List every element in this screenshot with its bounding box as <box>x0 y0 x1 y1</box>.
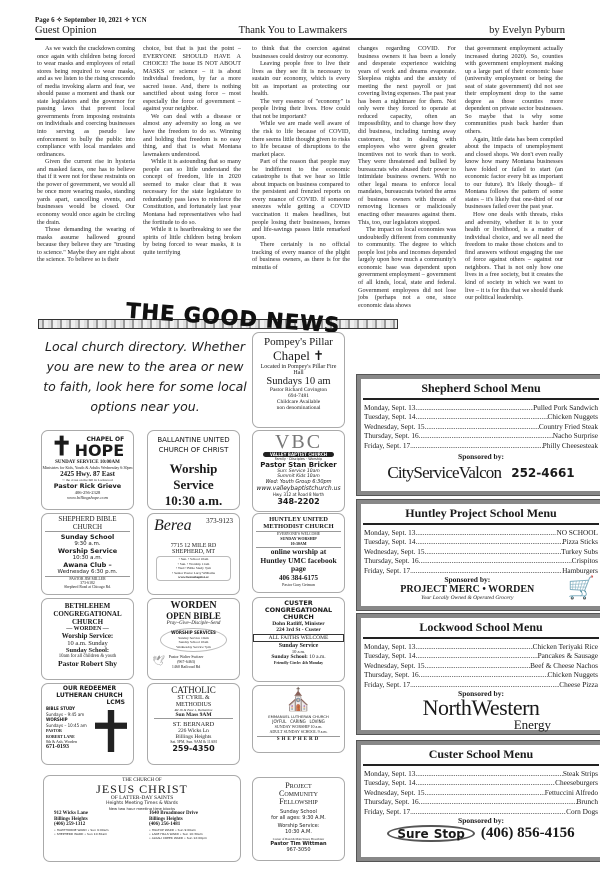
ad-our-redeemer-lutheran: OUR REDEEMER LUTHERAN CHURCH LCMS BIBLE … <box>41 683 134 765</box>
menu-row: Thursday, Sept. 16Nacho Surprise <box>364 431 598 440</box>
website-link: www.valleybaptistchurch.us <box>253 485 344 492</box>
tagline: Pray~Give~Disciple~Send <box>148 621 239 626</box>
menu-row: Wednesday, Sept. 15Beef & Cheese Nachos <box>364 661 598 670</box>
sponsored-label: Sponsored by: <box>367 575 568 584</box>
paragraph: The impact on local economies was undoub… <box>358 226 456 309</box>
pastor: Pastor Stan Bricker <box>253 461 344 469</box>
menu-food: Philly Cheesesteak <box>543 441 598 450</box>
sponsor-logo: CityServiceValcon <box>387 463 501 483</box>
menu-custer-school: Custer School Menu Monday, Sept. 13Steak… <box>357 741 600 861</box>
lcms-label: LCMS <box>46 699 133 706</box>
menu-row: Wednesday, Sept. 15Country Fried Steak <box>364 422 598 431</box>
ad-custer-congregational: CUSTER CONGREGATIONAL CHURCH Dohn Ratlif… <box>252 597 345 682</box>
menu-row: Thursday, Sept. 16Crispitos <box>364 556 598 565</box>
worship-label: Worship Service <box>148 461 239 493</box>
menu-title: Lockwood School Menu <box>363 618 599 639</box>
sponsored-label: Sponsored by: <box>361 816 600 825</box>
welcome-text: ALL FAITHS WELCOME <box>253 634 344 642</box>
menu-food: Nacho Surprise <box>553 431 598 440</box>
menu-day: Thursday, Sept. 16 <box>364 556 419 565</box>
paragraph: choice, but that is just the point – EVE… <box>143 45 241 113</box>
church-name: JESUS CHRIST <box>44 783 240 795</box>
page-header: Guest Opinion Thank You to Lawmakers by … <box>35 25 565 40</box>
menu-row: Wednesday, Sept. 15Turkey Subs <box>364 547 598 556</box>
menu-food: NO SCHOOL <box>556 528 598 537</box>
paragraph: Given the current rise in hysteria and m… <box>37 158 135 226</box>
sponsor-logo-row: CityServiceValcon 252-4661 <box>361 463 600 483</box>
menu-food: Fettuccini Alfredo <box>545 788 598 797</box>
menu-day: Monday, Sept. 13 <box>364 528 415 537</box>
ad-chapel-of-hope: ✝ CHAPEL OF HOPE SUNDAY SERVICE 10:00AM … <box>41 430 134 510</box>
menu-day: Tuesday, Sept. 14 <box>364 778 416 787</box>
paragraph: While it is astounding that so many peop… <box>143 158 241 226</box>
article-column-2: choice, but that is just the point – EVE… <box>143 45 241 256</box>
ad-project-community-fellowship: Project Community Fellowship Sunday Scho… <box>252 777 345 861</box>
sponsor-logo-line-1: Sure <box>397 827 428 841</box>
church-house-icon: ⛪ <box>253 688 344 714</box>
cross-icon: ✝ <box>51 434 73 460</box>
menu-row: Tuesday, Sept. 14Pancakes & Sausage <box>364 651 598 660</box>
menu-row: Monday, Sept. 13Chicken Teriyaki Rice <box>364 642 598 651</box>
menu-row: Friday, Sept. 17Hamburgers <box>364 566 598 575</box>
church-name: BETHLEHEM CONGREGATIONAL CHURCH <box>42 602 133 626</box>
menu-day: Friday, Sept. 17 <box>364 441 410 450</box>
menu-row: Tuesday, Sept. 14Chicken Nuggets <box>364 412 598 421</box>
website-link: www.bereabaptist.cc <box>157 575 230 580</box>
service-time: Sundays 10 am <box>253 376 344 387</box>
menu-food: Corn Dogs <box>566 807 598 816</box>
church-name: HUNTLEY UNITED METHODIST CHURCH <box>253 516 344 530</box>
menu-row: Thursday, Sept. 16Chicken Nuggets <box>364 670 598 679</box>
menu-day: Thursday, Sept. 16 <box>364 670 419 679</box>
menu-food: Country Fried Steak <box>539 422 598 431</box>
paragraph: to think that the coercion against busin… <box>252 45 350 60</box>
ad-pompeys-pillar-chapel: Pompey's Pillar Chapel ✝ Located in Pomp… <box>252 332 345 428</box>
phone: 259-4350 <box>148 744 239 753</box>
menu-shepherd-school: Shepherd School Menu Monday, Sept. 13Pul… <box>357 375 600 495</box>
online-worship: online worship at Huntley UMC facebook p… <box>256 547 341 574</box>
menu-row: Wednesday, Sept. 15Fettuccini Alfredo <box>364 788 598 797</box>
sponsor-logo: NorthWestern <box>361 698 600 718</box>
article-column-4: changes regarding COVID. For business ow… <box>358 45 456 309</box>
menu-row: Friday, Sept. 17Corn Dogs <box>364 807 598 816</box>
ad-huntley-umc: HUNTLEY UNITED METHODIST CHURCH EVERYONE… <box>252 513 345 593</box>
church-name-2: ST. BERNARD <box>148 721 239 728</box>
menu-food: Pancakes & Sausage <box>538 651 598 660</box>
cross-icon: ✝ <box>313 348 324 363</box>
article-column-3: to think that the coercion against busin… <box>252 45 350 271</box>
worship-label: Worship Service: <box>42 632 133 640</box>
dove-icon: 🕊 <box>152 656 165 667</box>
menu-day: Friday, Sept. 17 <box>364 680 410 689</box>
menu-food: Chicken Teriyaki Rice <box>533 642 598 651</box>
ad-shepherd-bible-church: SHEPHERD BIBLE CHURCH Sunday School 9:30… <box>41 513 134 595</box>
menu-rows: Monday, Sept. 13NO SCHOOL Tuesday, Sept.… <box>361 525 600 575</box>
sunday-school-time: for all ages: 9:30 A.M. <box>253 815 344 821</box>
worship-time: 10:30 A.M. <box>253 829 344 835</box>
menu-row: Monday, Sept. 13Pulled Pork Sandwich <box>364 403 598 412</box>
menu-day: Wednesday, Sept. 15 <box>364 788 425 797</box>
menu-day: Wednesday, Sept. 15 <box>364 547 425 556</box>
menu-day: Tuesday, Sept. 14 <box>364 651 416 660</box>
pastor: Pastor Robert Shy <box>42 659 133 668</box>
menu-rows: Monday, Sept. 13Chicken Teriyaki Rice Tu… <box>361 639 600 689</box>
sponsor-logo-row: Sure Stop (406) 856-4156 <box>361 825 600 842</box>
church-directory-intro: Local church directory. Whether you are … <box>40 337 250 417</box>
church-name: BALLANTINE UNITED CHURCH OF CHRIST <box>148 435 239 455</box>
menu-food: Hamburgers <box>562 566 598 575</box>
phone: 967-3050 <box>253 847 344 853</box>
sunday-school-label: Sunday School: <box>42 647 133 654</box>
paragraph: We can deal with a disease or almost any… <box>143 113 241 158</box>
service-time: 10:30 a.m. <box>148 493 239 509</box>
paragraph: that government employment actually incr… <box>465 45 563 136</box>
sponsor-name: PROJECT MERC • WORDEN <box>367 584 568 595</box>
pastor: Pastor Rick Grieve <box>42 482 133 490</box>
ward-time: • SHEPHERD WARD • Sun 10:30am <box>54 832 135 836</box>
menu-day: Tuesday, Sept. 14 <box>364 412 416 421</box>
menu-day: Monday, Sept. 13 <box>364 769 415 778</box>
menu-food: Chicken Nuggets <box>548 670 598 679</box>
paragraph: Leaving people free to live their lives … <box>252 60 350 98</box>
berea-logo: Berea <box>154 517 192 535</box>
menu-food: Pulled Pork Sandwich <box>533 403 598 412</box>
ad-bethlehem-congregational: BETHLEHEM CONGREGATIONAL CHURCH — WORDEN… <box>41 598 134 680</box>
church-name-2: Chapel ✝ <box>253 348 344 364</box>
worship-time: 10 a.m. Sunday <box>42 640 133 647</box>
article-column-1: As we watch the crackdown coming once ag… <box>37 45 135 264</box>
worship-label: Worship Service <box>42 547 133 555</box>
paragraph: How one deals with threats, risks and ad… <box>465 211 563 302</box>
ad-lds-church: THE CHURCH OF JESUS CHRIST OF LATTER-DAY… <box>43 775 241 862</box>
menu-rows: Monday, Sept. 13Steak Strips Tuesday, Se… <box>361 766 600 816</box>
crucifix-icon <box>95 710 127 752</box>
byline: by Evelyn Pyburn <box>489 25 565 38</box>
address: 2425 Hwy. 87 East <box>42 470 133 478</box>
menu-day: Wednesday, Sept. 15 <box>364 422 425 431</box>
address-line-2: SHEPHERD, MT <box>148 549 239 555</box>
church-name-3: Fellowship <box>253 798 344 806</box>
menu-row: Friday, Sept. 17Philly Cheesesteak <box>364 441 598 450</box>
ad-ballantine-ucc: BALLANTINE UNITED CHURCH OF CHRIST Worsh… <box>147 430 240 510</box>
ad-catholic-st-cyril: CATHOLIC ST CYRIL & METHODIUS Rd 16 & Ea… <box>147 683 240 765</box>
menu-food: Cheese Pizza <box>559 680 598 689</box>
menu-huntley-project-school: Huntley Project School Menu Monday, Sept… <box>357 500 600 610</box>
menu-title: Custer School Menu <box>363 745 599 766</box>
paragraph: changes regarding COVID. For business ow… <box>358 45 456 226</box>
article-column-5: that government employment actually incr… <box>465 45 563 302</box>
menu-day: Tuesday, Sept. 14 <box>364 537 416 546</box>
address: Shepherd Road at Chicago Rd. <box>42 585 133 589</box>
phone: 373-9123 <box>206 517 233 535</box>
paragraph: Part of the reason that people may be in… <box>252 158 350 241</box>
paragraph: While it is heartbreaking to see the spi… <box>143 226 241 256</box>
paragraph: While we are made well aware of the risk… <box>252 120 350 158</box>
sunday-school-label: Sunday School <box>42 533 133 541</box>
phone: 671-0193 <box>46 745 95 751</box>
ad-emmanuel-lutheran: ⛪ EMMANUEL LUTHERAN CHURCH JOYFUL CARING… <box>252 685 345 753</box>
menu-day: Monday, Sept. 13 <box>364 403 415 412</box>
menu-day: Friday, Sept. 17 <box>364 807 410 816</box>
paragraph: Again, little data has been compiled abo… <box>465 136 563 211</box>
sponsor-logo-line-2: Stop <box>434 827 465 841</box>
menu-row: Monday, Sept. 13Steak Strips <box>364 769 598 778</box>
mass-time: Sun Mass 9AM <box>154 712 233 719</box>
sunday-school-time: ADULT SUNDAY SCHOOL 9 a.m. <box>253 729 344 734</box>
sponsor-tagline: Your Locally Owned & Operated Grocery <box>367 595 568 601</box>
menu-food: Steak Strips <box>563 769 598 778</box>
menu-day: Wednesday, Sept. 15 <box>364 661 425 670</box>
menu-food: Pizza Sticks <box>563 537 598 546</box>
awana-time: Wednesday 6:30 p.m. <box>42 569 133 575</box>
section-label: Guest Opinion <box>35 25 97 38</box>
menu-rows: Monday, Sept. 13Pulled Pork Sandwich Tue… <box>361 400 600 450</box>
church-name-2: OPEN BIBLE <box>148 611 239 621</box>
menu-lockwood-school: Lockwood School Menu Monday, Sept. 13Chi… <box>357 614 600 734</box>
menu-row: Tuesday, Sept. 14Pizza Sticks <box>364 537 598 546</box>
denomination: non denominational <box>253 405 344 411</box>
sponsored-label: Sponsored by: <box>361 452 600 461</box>
menu-day: Thursday, Sept. 16 <box>364 797 419 806</box>
article-title: Thank You to Lawmakers <box>239 25 348 38</box>
worship-ellipse: WORSHIP SERVICES Sunday Service 10am Sun… <box>160 628 227 652</box>
church-name: OUR REDEEMER LUTHERAN CHURCH <box>46 686 133 699</box>
church-name: WORDEN <box>148 601 239 611</box>
ad-worden-open-bible: WORDEN OPEN BIBLE Pray~Give~Disciple~Sen… <box>147 598 240 680</box>
church-name: Pompey's Pillar <box>253 336 344 348</box>
church-name: SHEPHERD BIBLE CHURCH <box>45 516 130 532</box>
good-news-banner: THE GOOD NEWS <box>38 312 398 332</box>
paragraph: There certainly is no official tracking … <box>252 241 350 271</box>
friendly-circle: Friendly Circle: 4th Monday <box>253 660 344 665</box>
paragraph: Those demanding the wearing of masks ass… <box>37 226 135 264</box>
sponsor-phone: (406) 856-4156 <box>481 825 575 842</box>
awana-label: Awana Club – <box>42 561 133 569</box>
church-name: HOPE <box>75 443 125 459</box>
shopping-cart-icon: 🛒 <box>568 576 595 601</box>
church-name: CATHOLIC <box>148 686 239 695</box>
menu-food: Crispitos <box>572 556 598 565</box>
menu-food: Cheeseburgers <box>555 778 598 787</box>
vbc-logo: VBC <box>253 432 344 452</box>
schedule-box: • Sun. • School 10am • Sun. • Worship 11… <box>156 556 231 581</box>
ward-time: • ALKALI CREEK WARD • Sun 12:00pm <box>149 836 230 840</box>
website-link: www.billingshope.com <box>42 495 133 500</box>
menu-food: Chicken Nuggets <box>548 412 598 421</box>
schedule-line: Wednesday Service 7pm <box>161 645 226 650</box>
menu-food: Beef & Cheese Nachos <box>530 661 598 670</box>
sponsor-block: Sponsored by: PROJECT MERC • WORDEN Your… <box>361 575 600 601</box>
menu-title: Shepherd School Menu <box>363 379 599 400</box>
menu-row: Friday, Sept. 17Cheese Pizza <box>364 680 598 689</box>
menu-title: Huntley Project School Menu <box>363 504 599 525</box>
menu-day: Monday, Sept. 13 <box>364 642 415 651</box>
paragraph: The very essence of "economy" is people … <box>252 98 350 121</box>
page-dateline: Page 6 ✧ September 10, 2021 ✧ YCN <box>35 16 147 24</box>
location: Located in Pompey's Pillar Fire Hall <box>253 364 344 376</box>
paragraph: As we watch the crackdown coming once ag… <box>37 45 135 158</box>
sponsor-phone: 252-4661 <box>511 466 574 480</box>
menu-day: Thursday, Sept. 16 <box>364 431 419 440</box>
church-name: CUSTER CONGREGATIONAL CHURCH <box>253 600 344 621</box>
menu-row: Thursday, Sept. 16Brunch <box>364 797 598 806</box>
sure-stop-logo: Sure Stop <box>387 825 475 842</box>
phone: 406 384-6175 <box>253 574 344 582</box>
menu-row: Monday, Sept. 13NO SCHOOL <box>364 528 598 537</box>
worship-time: 10:30AM <box>253 541 344 546</box>
menu-food: Brunch <box>577 797 598 806</box>
address: 1460 Railroad Rd <box>169 664 204 669</box>
address: 224 3rd St - Custer <box>253 627 344 633</box>
ad-valley-baptist: VBC VALLEY BAPTIST CHURCH Family · Disci… <box>252 430 345 512</box>
phone: 348-2202 <box>253 497 344 506</box>
ad-berea-baptist: Berea 373-9123 7715 12 MILE RD SHEPHERD,… <box>147 513 240 595</box>
menu-day: Friday, Sept. 17 <box>364 566 410 575</box>
menu-food: Turkey Subs <box>561 547 598 556</box>
menu-row: Tuesday, Sept. 14Cheeseburgers <box>364 778 598 787</box>
location: SHEPHERD <box>257 736 340 742</box>
pastor: Pastor Gary Geiman <box>253 582 344 587</box>
